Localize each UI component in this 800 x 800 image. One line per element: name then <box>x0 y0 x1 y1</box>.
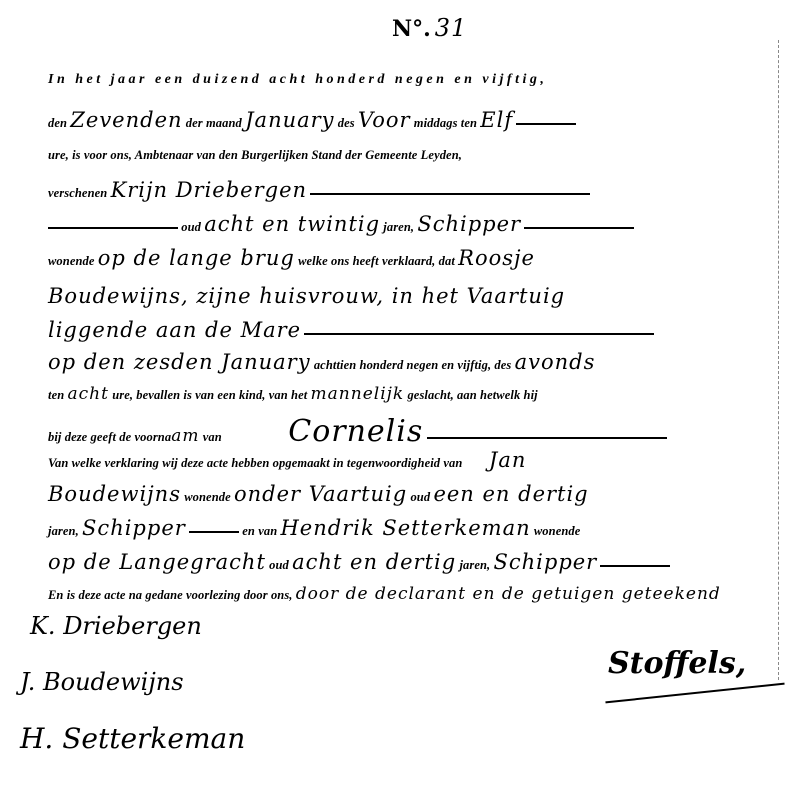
handwritten-birth-date: op den zesden January <box>48 350 311 374</box>
handwritten-month: January <box>245 108 334 132</box>
printed-text: en van <box>242 524 277 538</box>
handwritten-witness2-address: op de Langegracht <box>48 550 266 574</box>
printed-text: geslacht, aan hetwelk hij <box>407 388 537 402</box>
handwritten-witness1-firstname: Jan <box>489 448 526 472</box>
printed-text: oud <box>181 220 201 234</box>
printed-text: En is deze acte na gedane voorlezing doo… <box>48 588 293 602</box>
handwritten-witness1-surname: Boudewijns <box>48 482 181 506</box>
printed-text: ure, bevallen is van een kind, van het <box>112 388 307 402</box>
handwritten-witness1-occupation: Schipper <box>82 516 186 540</box>
line-witness2-details: op de Langegracht oud acht en dertig jar… <box>48 550 670 574</box>
line-witness1: Boudewijns wonende onder Vaartuig oud ee… <box>48 482 589 506</box>
line-birth-date: op den zesden January achttien honderd n… <box>48 350 595 374</box>
handwritten-mother-firstname: Roosje <box>458 246 535 270</box>
printed-text: Van welke verklaring wij deze acte hebbe… <box>48 456 462 470</box>
signature-official: Stoffels, <box>608 646 746 681</box>
fill-rule <box>189 531 239 533</box>
line-birth-hour: ten acht ure, bevallen is van een kind, … <box>48 384 538 404</box>
printed-text: der maand <box>186 116 242 130</box>
fill-rule <box>516 123 576 125</box>
handwritten-child-name: Cornelis <box>288 414 423 449</box>
printed-text: In het jaar een duizend acht honderd neg… <box>48 72 547 87</box>
line-location: liggende aan de Mare <box>48 318 654 342</box>
signature-witness-1: J. Boudewijns <box>20 668 184 696</box>
printed-text: den <box>48 116 67 130</box>
handwritten-witness2-occupation: Schipper <box>493 550 597 574</box>
printed-text: ten <box>48 388 64 402</box>
handwritten-hour: acht <box>68 384 109 404</box>
printed-text: verschenen <box>48 186 107 200</box>
line-child-name: bij deze geeft de voornaam van Cornelis <box>48 414 667 449</box>
handwritten-mother-details: Boudewijns, zijne huisvrouw, in het Vaar… <box>48 284 565 308</box>
signature-declarant: K. Driebergen <box>30 612 202 640</box>
line-year: In het jaar een duizend acht honderd neg… <box>48 72 547 88</box>
handwritten-sex: mannelijk <box>311 384 405 404</box>
printed-text: jaren, <box>459 558 490 572</box>
printed-text: oud <box>269 558 289 572</box>
handwritten-ampm: Voor <box>358 108 411 132</box>
line-closing: En is deze acte na gedane voorlezing doo… <box>48 584 721 604</box>
handwritten-witness1-age: een en dertig <box>433 482 588 506</box>
fill-rule <box>48 227 178 229</box>
number-value: 31 <box>435 14 468 42</box>
fill-rule <box>310 193 590 195</box>
handwritten-witness1-address: onder Vaartuig <box>234 482 407 506</box>
handwritten-day: Zevenden <box>70 108 182 132</box>
printed-text: jaren, <box>48 524 79 538</box>
handwritten-address: op de lange brug <box>98 246 295 270</box>
handwritten-witness2-name: Hendrik Setterkeman <box>280 516 530 540</box>
printed-text: wonende <box>184 490 231 504</box>
handwritten-witness2-age: acht en dertig <box>292 550 456 574</box>
printed-text: jaren, <box>383 220 414 234</box>
line-date: den Zevenden der maand January des Voor … <box>48 108 576 132</box>
signature-underline <box>605 683 784 704</box>
page-border <box>778 40 779 680</box>
line-declarant-age: oud acht en twintig jaren, Schipper <box>48 212 634 236</box>
printed-text: bij deze geeft de voorna <box>48 430 171 444</box>
printed-text: achttien honderd negen en vijftig, des <box>314 358 512 372</box>
handwritten-age: acht en twintig <box>204 212 380 236</box>
handwritten-signed-by: door de declarant en de getuigen geteeke… <box>296 584 721 604</box>
line-witness2: jaren, Schipper en van Hendrik Setterkem… <box>48 516 580 540</box>
handwritten-declarant-name: Krijn Driebergen <box>111 178 307 202</box>
printed-text: middags ten <box>414 116 477 130</box>
fill-rule <box>427 437 667 439</box>
handwritten-hour: Elf <box>480 108 513 132</box>
fill-rule <box>304 333 654 335</box>
line-witnesses-intro: Van welke verklaring wij deze acte hebbe… <box>48 448 526 472</box>
line-official: ure, is voor ons, Ambtenaar van den Burg… <box>48 148 462 163</box>
printed-text: ure, is voor ons, Ambtenaar van den Burg… <box>48 148 462 162</box>
handwritten-time-of-day: avonds <box>515 350 596 374</box>
handwritten-location: liggende aan de Mare <box>48 318 301 342</box>
number-label: N°. <box>392 16 431 42</box>
handwritten-suffix: am <box>171 426 199 446</box>
printed-text: welke ons heeft verklaard, dat <box>298 254 455 268</box>
printed-text: wonende <box>534 524 581 538</box>
handwritten-occupation: Schipper <box>417 212 521 236</box>
fill-rule <box>600 565 670 567</box>
printed-text: des <box>338 116 355 130</box>
line-mother: Boudewijns, zijne huisvrouw, in het Vaar… <box>48 284 565 308</box>
signature-witness-2: H. Setterkeman <box>20 722 245 755</box>
printed-text: wonende <box>48 254 95 268</box>
record-number: N°.31 <box>392 14 467 42</box>
line-appeared: verschenen Krijn Driebergen <box>48 178 590 202</box>
printed-text: van <box>203 430 222 444</box>
birth-certificate-page: N°.31 In het jaar een duizend acht honde… <box>0 0 800 800</box>
fill-rule <box>524 227 634 229</box>
printed-text: oud <box>410 490 430 504</box>
line-residence: wonende op de lange brug welke ons heeft… <box>48 246 535 270</box>
